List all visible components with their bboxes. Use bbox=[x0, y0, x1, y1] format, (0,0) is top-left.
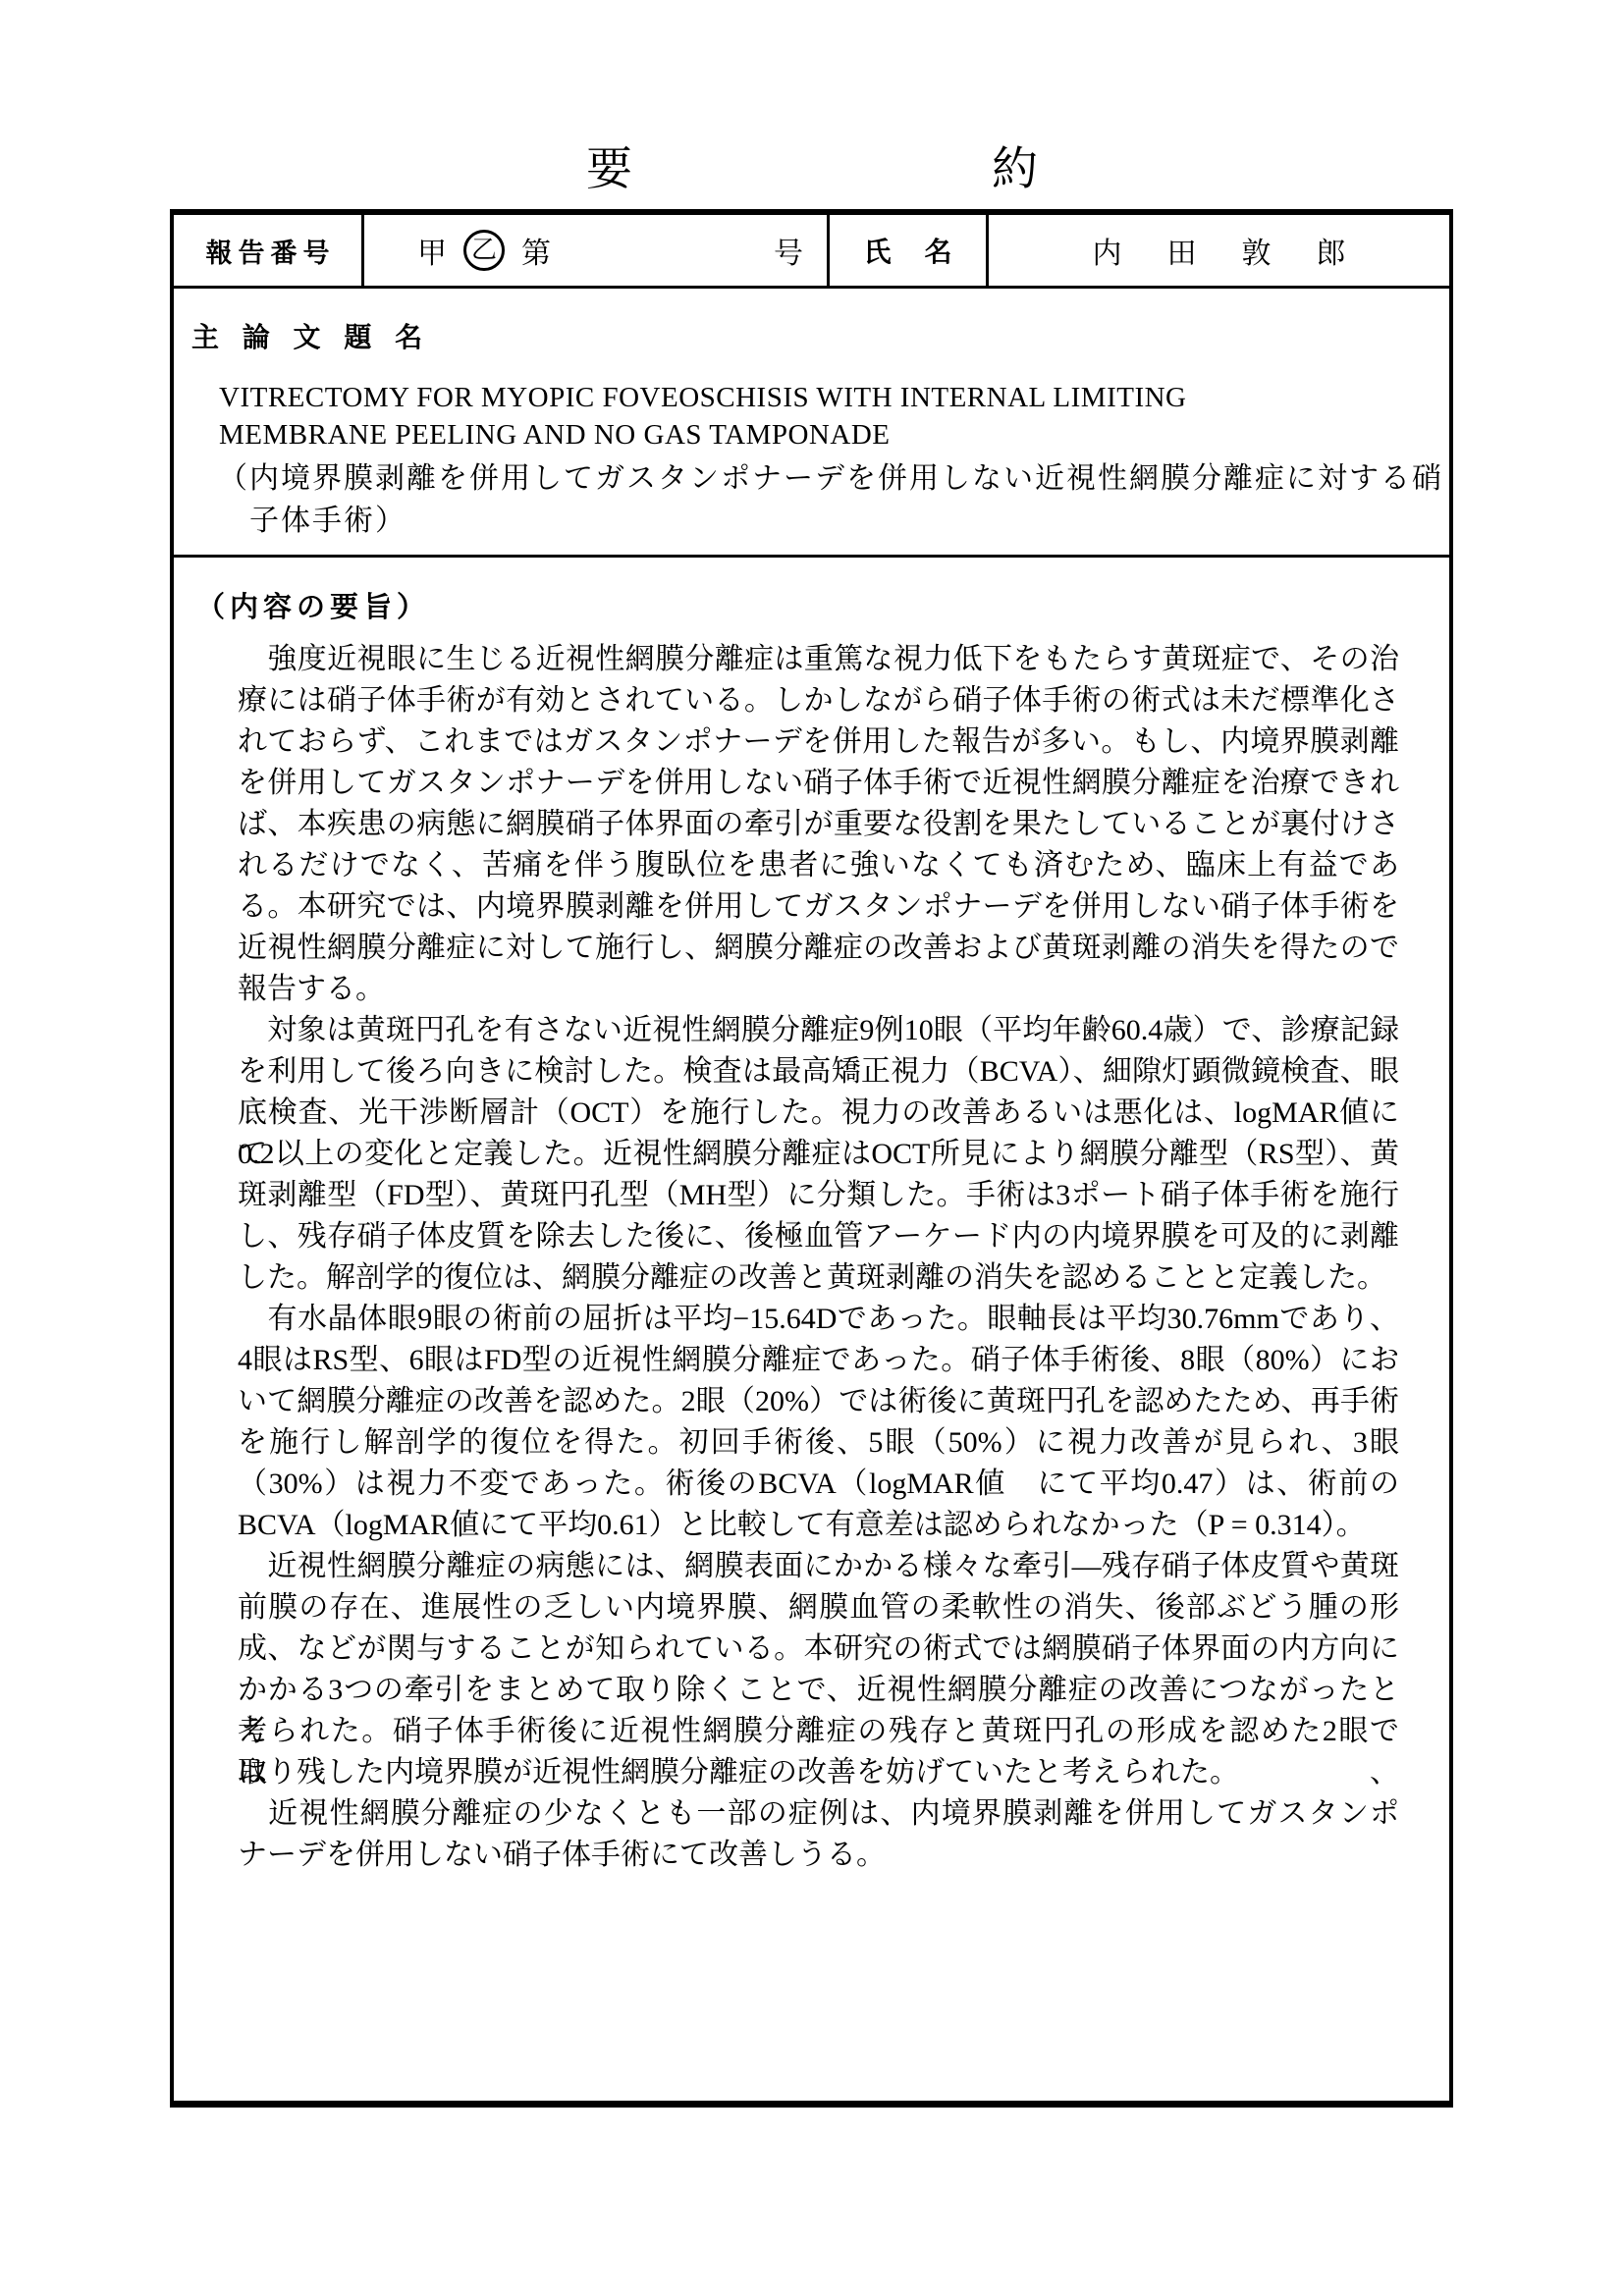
text-line: （30%）は視力不変であった。術後のBCVA（logMAR値 にて平均0.47）… bbox=[238, 1464, 1399, 1505]
text-line: 成、などが関与することが知られている。本研究の術式では網膜硝子体界面の内方向に bbox=[238, 1629, 1399, 1670]
text-line: 近視性網膜分離症の少なくとも一部の症例は、内境界膜剥離を併用してガスタンポ bbox=[238, 1793, 1399, 1835]
text-line: かかる3つの牽引をまとめて取り除くことで、近視性網膜分離症の改善につながったと考 bbox=[238, 1670, 1399, 1711]
text-line: MEMBRANE PEELING AND NO GAS TAMPONADE bbox=[219, 416, 1400, 454]
text-line: 0.2以上の変化と定義した。近視性網膜分離症はOCT所見により網膜分離型（RS型… bbox=[238, 1134, 1399, 1175]
name-label: 氏名 bbox=[830, 215, 989, 286]
summary-title: 要 約 bbox=[0, 147, 1624, 193]
text-line: BCVA（logMAR値にて平均0.61）と比較して有意差は認められなかった（P… bbox=[238, 1505, 1399, 1546]
report-number-value-cell: 甲 乙 第 号 bbox=[364, 215, 830, 286]
text-line: れるだけでなく、苦痛を伴う腹臥位を患者に強いなくても済むため、臨床上有益であ bbox=[238, 845, 1399, 886]
text-line: 近視性網膜分離症の病態には、網膜表面にかかる様々な牽引―残存硝子体皮質や黄斑 bbox=[238, 1546, 1399, 1587]
text-line: 前膜の存在、進展性の乏しい内境界膜、網膜血管の柔軟性の消失、後部ぶどう腫の形 bbox=[238, 1587, 1399, 1629]
abstract-section: （内容の要旨） 強度近視眼に生じる近視性網膜分離症は重篤な視力低下をもたらす黄斑… bbox=[174, 558, 1449, 1876]
header-table: 報告番号 甲 乙 第 号 氏名 内田敦郎 bbox=[174, 215, 1449, 289]
dai-character: 第 bbox=[521, 229, 551, 272]
gou-character: 号 bbox=[774, 229, 803, 272]
thesis-title-japanese: （内境界膜剥離を併用してガスタンポナーデを併用しない近視性網膜分離症に対する硝 … bbox=[218, 457, 1400, 542]
text-line: した。解剖学的復位は、網膜分離症の改善と黄斑剥離の消失を認めることと定義した。 bbox=[238, 1257, 1399, 1299]
text-line: を施行し解剖学的復位を得た。初回手術後、5眼（50%）に視力改善が見られ、3眼 bbox=[238, 1422, 1399, 1464]
abstract-paragraph: 対象は黄斑円孔を有さない近視性網膜分離症9例10眼（平均年齢60.4歳）で、診療… bbox=[238, 1010, 1399, 1299]
report-number-label: 報告番号 bbox=[174, 215, 364, 286]
text-line: えられた。硝子体手術後に近視性網膜分離症の残存と黄斑円孔の形成を認めた2眼では、 bbox=[238, 1711, 1399, 1752]
abstract-paragraph: 近視性網膜分離症の少なくとも一部の症例は、内境界膜剥離を併用してガスタンポナーデ… bbox=[238, 1793, 1399, 1876]
document-page: 要 約 報告番号 甲 乙 第 号 氏名 内田敦郎 主 論 文 題 名 VITRE… bbox=[0, 0, 1624, 2296]
otsu-character: 乙 bbox=[471, 238, 497, 263]
text-line: れておらず、これまではガスタンポナーデを併用した報告が多い。もし、内境界膜剥離 bbox=[238, 721, 1399, 763]
abstract-paragraph: 近視性網膜分離症の病態には、網膜表面にかかる様々な牽引―残存硝子体皮質や黄斑前膜… bbox=[238, 1546, 1399, 1793]
thesis-title-label: 主 論 文 題 名 bbox=[191, 322, 1400, 353]
text-line: 子体手術） bbox=[218, 500, 1400, 542]
text-line: 療には硝子体手術が有効とされている。しかしながら硝子体手術の術式は未だ標準化さ bbox=[238, 680, 1399, 721]
summary-title-char-1: 要 bbox=[586, 147, 632, 193]
text-line: VITRECTOMY FOR MYOPIC FOVEOSCHISIS WITH … bbox=[219, 379, 1400, 416]
text-line: 取り残した内境界膜が近視性網膜分離症の改善を妨げていたと考えられた。 bbox=[238, 1752, 1399, 1793]
circled-otsu-mark: 乙 bbox=[463, 230, 505, 271]
text-line: 底検査、光干渉断層計（OCT）を施行した。視力の改善あるいは悪化は、logMAR… bbox=[238, 1093, 1399, 1134]
text-line: ナーデを併用しない硝子体手術にて改善しうる。 bbox=[238, 1835, 1399, 1876]
text-line: 報告する。 bbox=[238, 969, 1399, 1010]
text-line: いて網膜分離症の改善を認めた。2眼（20%）では術後に黄斑円孔を認めたため、再手… bbox=[238, 1381, 1399, 1422]
text-line: を併用してガスタンポナーデを併用しない硝子体手術で近視性網膜分離症を治療できれ bbox=[238, 763, 1399, 804]
text-line: 有水晶体眼9眼の術前の屈折は平均−15.64Dであった。眼軸長は平均30.76m… bbox=[238, 1299, 1399, 1340]
text-line: る。本研究では、内境界膜剥離を併用してガスタンポナーデを併用しない硝子体手術を bbox=[238, 886, 1399, 928]
thesis-title-english: VITRECTOMY FOR MYOPIC FOVEOSCHISIS WITH … bbox=[219, 379, 1400, 454]
thesis-title-section: 主 論 文 題 名 VITRECTOMY FOR MYOPIC FOVEOSCH… bbox=[174, 289, 1449, 558]
text-line: 対象は黄斑円孔を有さない近視性網膜分離症9例10眼（平均年齢60.4歳）で、診療… bbox=[238, 1010, 1399, 1051]
abstract-paragraph: 強度近視眼に生じる近視性網膜分離症は重篤な視力低下をもたらす黄斑症で、その治療に… bbox=[238, 639, 1399, 1010]
abstract-paragraph: 有水晶体眼9眼の術前の屈折は平均−15.64Dであった。眼軸長は平均30.76m… bbox=[238, 1299, 1399, 1546]
text-line: ば、本疾患の病態に網膜硝子体界面の牽引が重要な役割を果たしていることが裏付けさ bbox=[238, 804, 1399, 845]
text-line: 4眼はRS型、6眼はFD型の近視性網膜分離症であった。硝子体手術後、8眼（80%… bbox=[238, 1340, 1399, 1381]
abstract-body: 強度近視眼に生じる近視性網膜分離症は重篤な視力低下をもたらす黄斑症で、その治療に… bbox=[238, 639, 1399, 1876]
text-line: 斑剥離型（FD型）、黄斑円孔型（MH型）に分類した。手術は3ポート硝子体手術を施… bbox=[238, 1175, 1399, 1216]
text-line: し、残存硝子体皮質を除去した後に、後極血管アーケード内の内境界膜を可及的に剥離 bbox=[238, 1216, 1399, 1257]
text-line: を利用して後ろ向きに検討した。検査は最高矯正視力（BCVA）、細隙灯顕微鏡検査、… bbox=[238, 1051, 1399, 1093]
abstract-form-box: 報告番号 甲 乙 第 号 氏名 内田敦郎 主 論 文 題 名 VITRECTOM… bbox=[170, 209, 1453, 2108]
name-value: 内田敦郎 bbox=[989, 215, 1449, 286]
abstract-label: （内容の要旨） bbox=[196, 587, 1399, 628]
kou-character: 甲 bbox=[417, 229, 447, 272]
text-line: 強度近視眼に生じる近視性網膜分離症は重篤な視力低下をもたらす黄斑症で、その治 bbox=[238, 639, 1399, 680]
summary-title-char-2: 約 bbox=[992, 147, 1038, 193]
text-line: 近視性網膜分離症に対して施行し、網膜分離症の改善および黄斑剥離の消失を得たので bbox=[238, 928, 1399, 969]
text-line: （内境界膜剥離を併用してガスタンポナーデを併用しない近視性網膜分離症に対する硝 bbox=[218, 457, 1400, 500]
